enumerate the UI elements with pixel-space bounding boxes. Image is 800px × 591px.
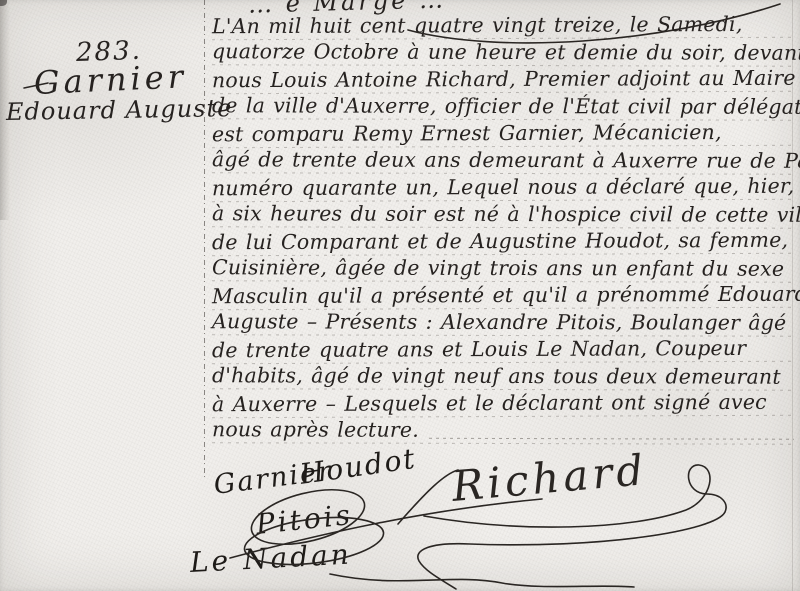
act-line-16: nous après lecture. xyxy=(212,416,794,445)
margin-given-names: Edouard Auguste xyxy=(6,94,233,126)
act-line-6: âgé de trente deux ans demeurant à Auxer… xyxy=(212,146,794,175)
act-line-12: Auguste – Présents : Alexandre Pitois, B… xyxy=(212,308,794,337)
act-line-11: Masculin qu'il a présenté et qu'il a pré… xyxy=(212,281,794,311)
officer-paraph-leadin xyxy=(398,470,458,524)
margin-divider-rule xyxy=(204,0,205,478)
act-line-16-text: nous après lecture. xyxy=(212,416,419,444)
signature-witness-lenadan: Le Nadan xyxy=(189,538,352,579)
act-line-7: numéro quarante un, Lequel nous a déclar… xyxy=(212,173,794,203)
act-line-2: quatorze Octobre à une heure et demie du… xyxy=(212,38,794,67)
act-text-block: L'An mil huit cent quatre vingt treize, … xyxy=(212,12,794,444)
signature-witness-pitois: Pitois xyxy=(254,498,354,541)
act-line-4: de la ville d'Auxerre, officier de l'Éta… xyxy=(212,92,794,121)
lenadan-paraph-tail xyxy=(330,574,634,587)
act-line-9: de lui Comparant et de Augustine Houdot,… xyxy=(212,227,794,257)
scan-corner-speck xyxy=(0,0,7,6)
act-line-15: à Auxerre – Lesquels et le déclarant ont… xyxy=(212,389,794,419)
blank-filler-rule xyxy=(429,438,794,440)
act-line-8: à six heures du soir est né à l'hospice … xyxy=(212,200,794,229)
act-line-10: Cuisinière, âgée de vingt trois ans un e… xyxy=(212,254,794,283)
act-line-14: d'habits, âgé de vingt neuf ans tous deu… xyxy=(212,362,794,391)
act-line-1: L'An mil huit cent quatre vingt treize, … xyxy=(212,11,794,41)
signature-officer-richard: Richard xyxy=(450,445,649,511)
register-page-scan: 283. Garnier Edouard Auguste … e Marge …… xyxy=(0,0,800,591)
act-line-3: nous Louis Antoine Richard, Premier adjo… xyxy=(212,65,794,95)
act-line-13: de trente quatre ans et Louis Le Nadan, … xyxy=(212,335,794,365)
signature-houdot: Houdot xyxy=(298,442,419,491)
act-line-5: est comparu Remy Ernest Garnier, Mécanic… xyxy=(212,119,794,149)
